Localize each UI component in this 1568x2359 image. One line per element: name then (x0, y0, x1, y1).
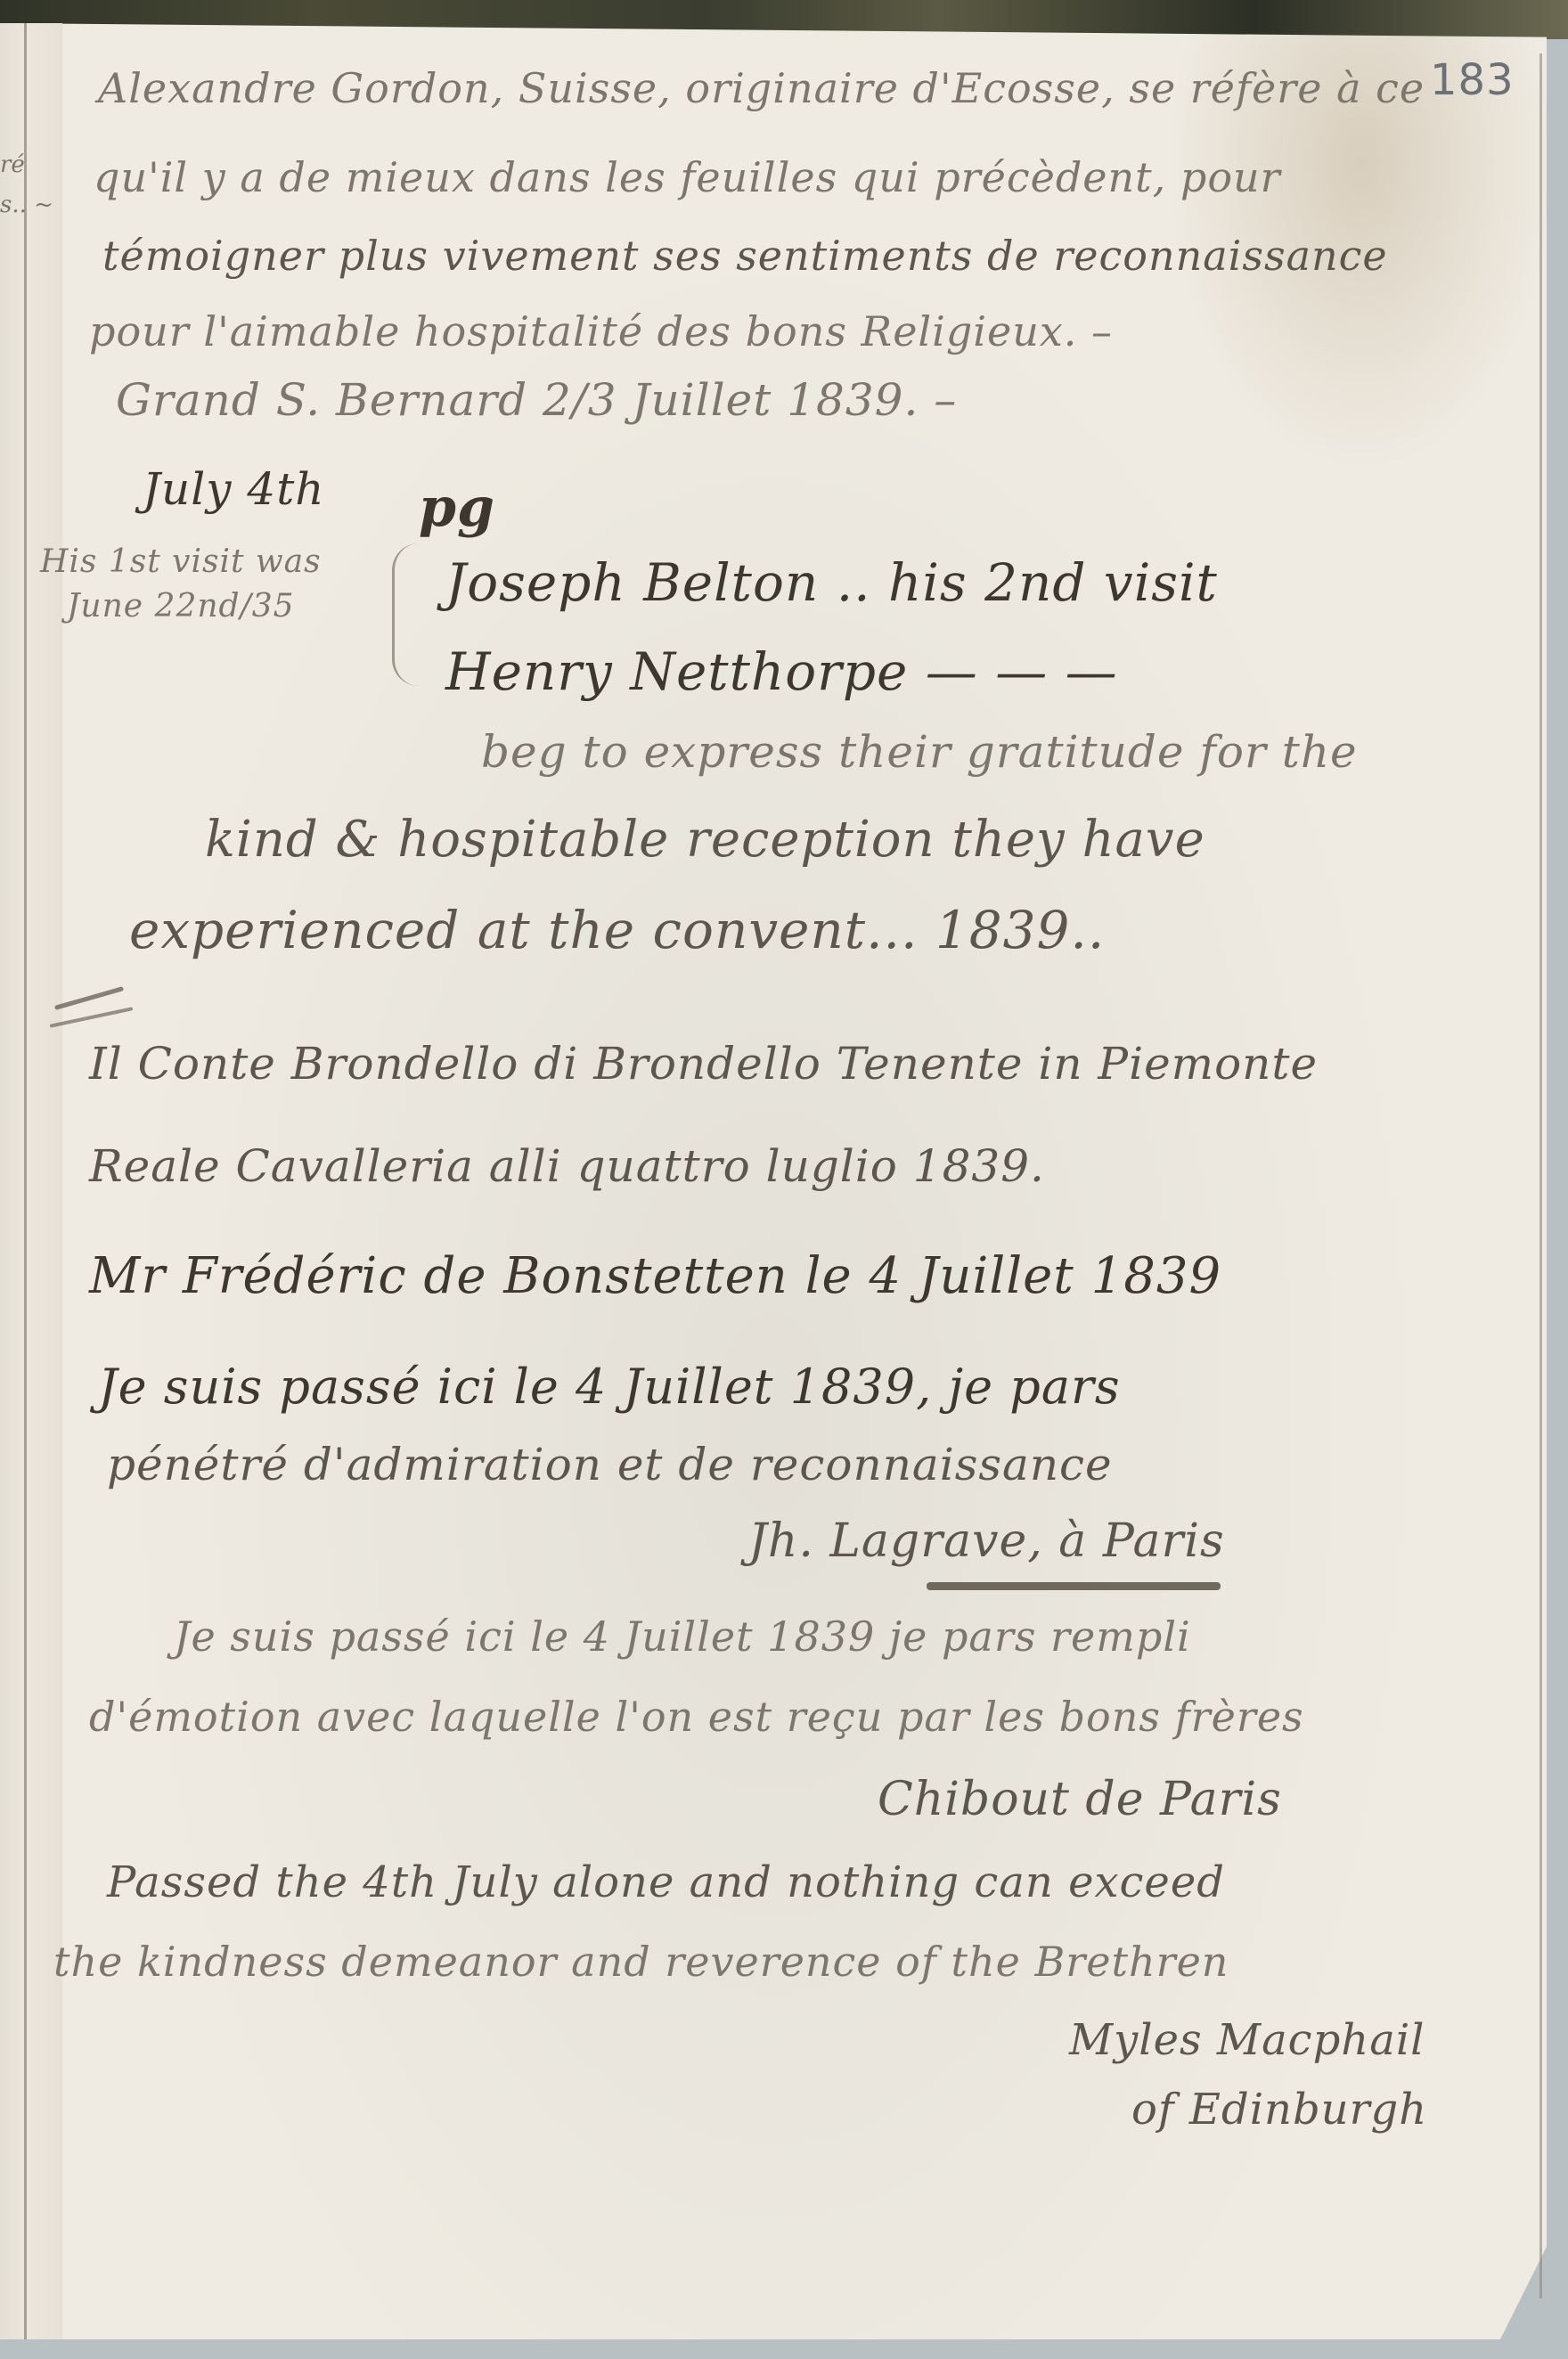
entry-line: Passed the 4th July alone and nothing ca… (107, 1857, 1225, 1907)
binding-gutter (0, 23, 62, 2339)
margin-fragment: ré (0, 151, 25, 178)
entry-line: Alexandre Gordon, Suisse, originaire d'E… (98, 64, 1425, 112)
entry-line: qu'il y a de mieux dans les feuilles qui… (94, 153, 1281, 201)
page-edge (1539, 53, 1542, 2298)
brace-icon (392, 543, 430, 686)
entry-line: témoigner plus vivement ses sentiments d… (102, 232, 1388, 280)
entry-line: kind & hospitable reception they have (205, 811, 1205, 869)
entry-line: Reale Cavalleria alli quattro luglio 183… (89, 1140, 1045, 1192)
entry-line: Je suis passé ici le 4 Juillet 1839, je … (98, 1359, 1121, 1415)
entry-line: d'émotion avec laquelle l'on est reçu pa… (89, 1693, 1304, 1741)
gutter-line (24, 23, 27, 2339)
entry-line: Mr Frédéric de Bonstetten le 4 Juillet 1… (89, 1247, 1221, 1305)
entry-initials: pg (419, 477, 495, 539)
entry-line: pour l'aimable hospitalité des bons Reli… (89, 307, 1113, 355)
entry-line: Grand S. Bernard 2/3 Juillet 1839. – (116, 374, 957, 426)
entry-line: Je suis passé ici le 4 Juillet 1839 je p… (174, 1612, 1191, 1661)
entry-line: the kindness demeanor and reverence of t… (53, 1938, 1229, 1986)
signature-underline (927, 1582, 1221, 1590)
entry-date: July 4th (143, 463, 324, 515)
entry-line: beg to express their gratitude for the (481, 726, 1358, 778)
signature: Chibout de Paris (878, 1773, 1282, 1826)
entry-line: Il Conte Brondello di Brondello Tenente … (89, 1038, 1318, 1090)
margin-fragment: s.. ~ (0, 192, 53, 218)
entry-line: experienced at the convent... 1839.. (129, 900, 1105, 960)
visitor-name: Henry Netthorpe — — — (445, 641, 1118, 702)
signature: of Edinburgh (1131, 2085, 1427, 2135)
margin-note: June 22nd/35 (67, 588, 295, 624)
signature: Myles Macphail (1069, 2015, 1425, 2065)
margin-note: His 1st visit was (40, 543, 322, 580)
entry-line: pénétré d'admiration et de reconnaissanc… (107, 1439, 1113, 1490)
page-number: 183 (1430, 55, 1515, 105)
visitor-name: Joseph Belton .. his 2nd visit (445, 552, 1218, 613)
signature: Jh. Lagrave, à Paris (748, 1514, 1225, 1568)
